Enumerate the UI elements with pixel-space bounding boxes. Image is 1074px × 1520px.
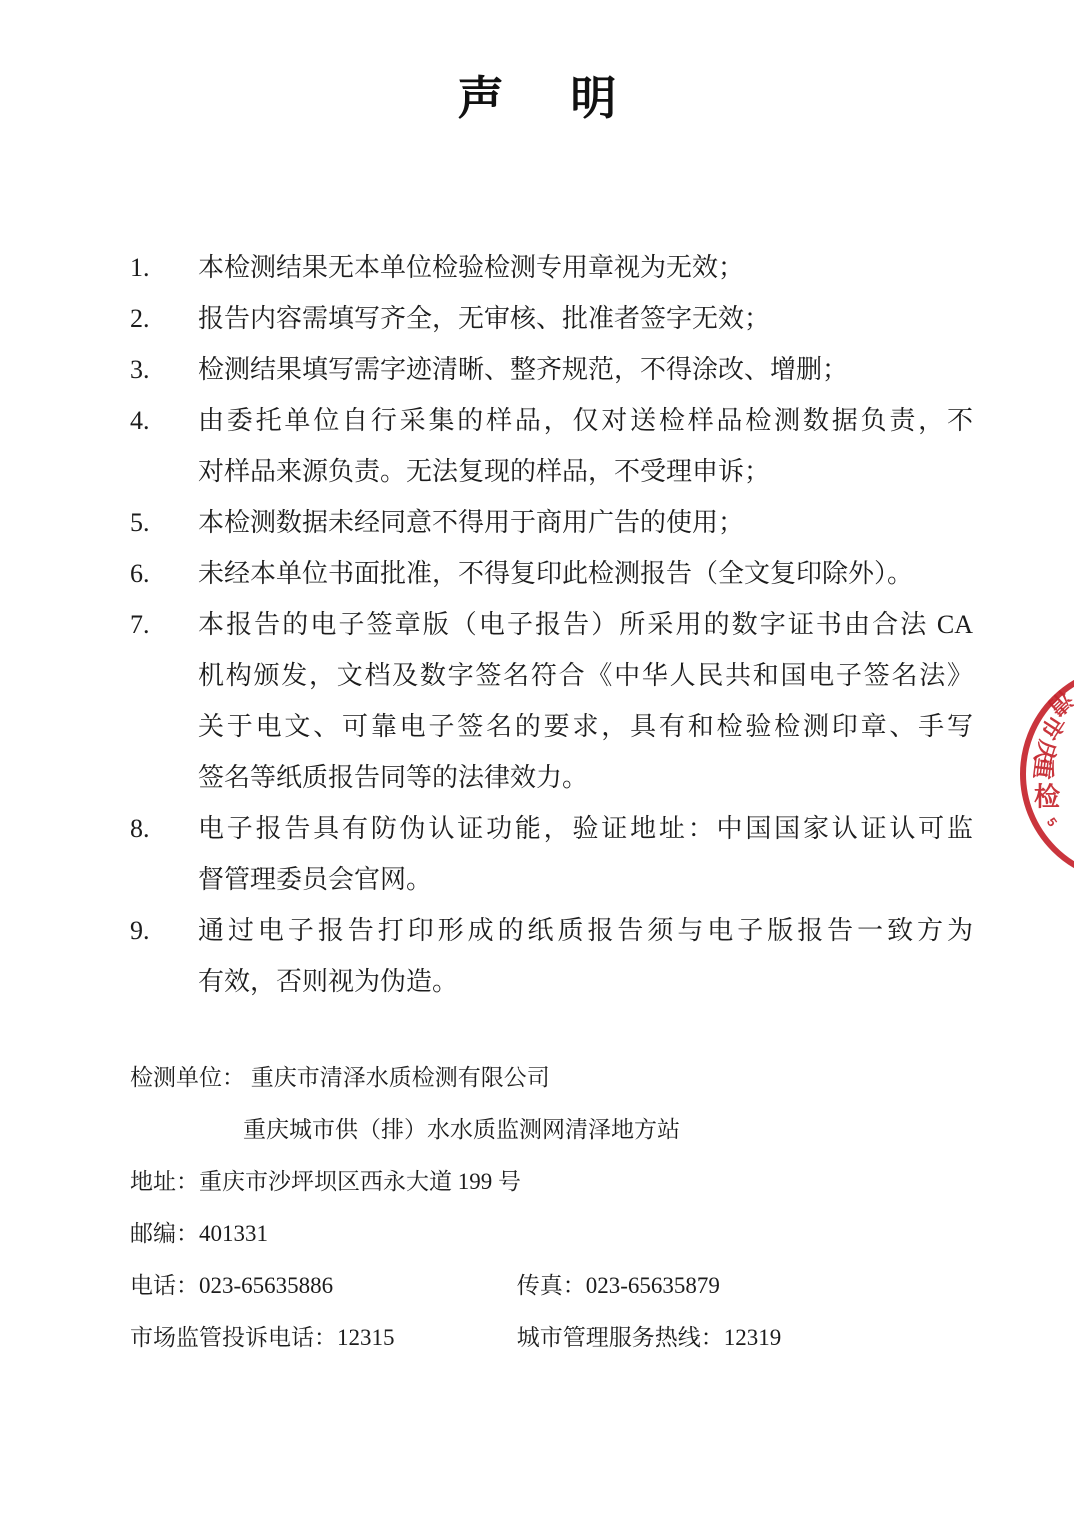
seal-arc-char: 市 <box>1036 711 1068 743</box>
hotlines-row: 市场监管投诉电话：12315 城市管理服务热线：12319 <box>130 1312 990 1364</box>
statement-line: 报告内容需填写齐全，无审核、批准者签字无效； <box>198 293 973 344</box>
statement-number: 7. <box>130 599 198 650</box>
statement-text: 通过电子报告打印形成的纸质报告须与电子版报告一致方为有效，否则视为伪造。 <box>198 905 973 1007</box>
fax-value: 023-65635879 <box>586 1273 720 1298</box>
contact-block: 检测单位： 重庆市清泽水质检测有限公司 重庆城市供（排）水水质监测网清泽地方站 … <box>130 1052 990 1364</box>
phone-label: 电话： <box>130 1273 199 1298</box>
address-label: 地址： <box>130 1169 199 1194</box>
statement-line: 本报告的电子签章版（电子报告）所采用的数字证书由合法 CA <box>198 599 973 650</box>
seal-arc-char: 清 <box>1044 687 1074 720</box>
statement-line: 关于电文、可靠电子签名的要求，具有和检验检测印章、手写 <box>198 701 973 752</box>
phone-fax-row: 电话：023-65635886 传真：023-65635879 <box>130 1260 990 1312</box>
page-title: 声明 <box>0 0 1074 126</box>
statement-text: 电子报告具有防伪认证功能，验证地址：中国国家认证认可监督管理委员会官网。 <box>198 803 973 905</box>
statement-number: 1. <box>130 242 198 293</box>
statement-line: 检测结果填写需字迹清晰、整齐规范，不得涂改、增删； <box>198 344 973 395</box>
statement-text: 本报告的电子签章版（电子报告）所采用的数字证书由合法 CA机构颁发，文档及数字签… <box>198 599 973 803</box>
fax-label: 传真： <box>517 1273 586 1298</box>
statement-text: 未经本单位书面批准，不得复印此检测报告（全文复印除外）。 <box>198 548 973 599</box>
statement-text: 本检测数据未经同意不得用于商用广告的使用； <box>198 497 973 548</box>
official-seal-stamp: 清 市 庆 重 检 5 <box>1014 660 1074 900</box>
address-value: 重庆市沙坪坝区西永大道 199 号 <box>199 1169 521 1194</box>
statement-item-8: 8.电子报告具有防伪认证功能，验证地址：中国国家认证认可监督管理委员会官网。 <box>130 803 973 905</box>
statement-number: 5. <box>130 497 198 548</box>
zip-label: 邮编： <box>130 1221 199 1246</box>
statement-text: 由委托单位自行采集的样品，仅对送检样品检测数据负责，不对样品来源负责。无法复现的… <box>198 395 973 497</box>
statement-number: 3. <box>130 344 198 395</box>
statement-text: 报告内容需填写齐全，无审核、批准者签字无效； <box>198 293 973 344</box>
statement-number: 8. <box>130 803 198 854</box>
seal-arc-char: 重 <box>1030 755 1056 781</box>
statement-item-2: 2.报告内容需填写齐全，无审核、批准者签字无效； <box>130 293 973 344</box>
complaint-value: 12315 <box>337 1325 395 1350</box>
statement-text: 本检测结果无本单位检验检测专用章视为无效； <box>198 242 973 293</box>
testing-unit-name: 重庆市清泽水质检测有限公司 <box>251 1065 550 1090</box>
statement-list: 1.本检测结果无本单位检验检测专用章视为无效；2.报告内容需填写齐全，无审核、批… <box>130 242 973 1007</box>
statement-text: 检测结果填写需字迹清晰、整齐规范，不得涂改、增删； <box>198 344 973 395</box>
statement-line: 由委托单位自行采集的样品，仅对送检样品检测数据负责，不 <box>198 395 973 446</box>
statement-item-4: 4.由委托单位自行采集的样品，仅对送检样品检测数据负责，不对样品来源负责。无法复… <box>130 395 973 497</box>
statement-line: 电子报告具有防伪认证功能，验证地址：中国国家认证认可监 <box>198 803 973 854</box>
testing-unit-station: 重庆城市供（排）水水质监测网清泽地方站 <box>243 1117 680 1142</box>
statement-line: 未经本单位书面批准，不得复印此检测报告（全文复印除外）。 <box>198 548 973 599</box>
statement-line: 对样品来源负责。无法复现的样品，不受理申诉； <box>198 446 973 497</box>
hotline-value: 12319 <box>724 1325 782 1350</box>
phone-value: 023-65635886 <box>199 1273 333 1298</box>
seal-arc-char: 庆 <box>1031 738 1060 767</box>
complaint-label: 市场监管投诉电话： <box>130 1325 337 1350</box>
seal-ring-icon <box>1020 665 1074 883</box>
statement-line: 通过电子报告打印形成的纸质报告须与电子版报告一致方为 <box>198 905 973 956</box>
phone-cell: 电话：023-65635886 <box>130 1260 511 1312</box>
hotline-label: 城市管理服务热线： <box>517 1325 724 1350</box>
zip-row: 邮编：401331 <box>130 1208 990 1260</box>
statement-line: 本检测结果无本单位检验检测专用章视为无效； <box>198 242 973 293</box>
statement-number: 9. <box>130 905 198 956</box>
fax-cell: 传真：023-65635879 <box>517 1273 720 1298</box>
zip-value: 401331 <box>199 1221 268 1246</box>
address-row: 地址：重庆市沙坪坝区西永大道 199 号 <box>130 1156 990 1208</box>
statement-item-3: 3.检测结果填写需字迹清晰、整齐规范，不得涂改、增删； <box>130 344 973 395</box>
testing-unit-station-row: 重庆城市供（排）水水质监测网清泽地方站 <box>130 1104 990 1156</box>
statement-item-6: 6.未经本单位书面批准，不得复印此检测报告（全文复印除外）。 <box>130 548 973 599</box>
statement-number: 4. <box>130 395 198 446</box>
statement-number: 2. <box>130 293 198 344</box>
statement-number: 6. <box>130 548 198 599</box>
statement-item-9: 9.通过电子报告打印形成的纸质报告须与电子版报告一致方为有效，否则视为伪造。 <box>130 905 973 1007</box>
statement-item-7: 7.本报告的电子签章版（电子报告）所采用的数字证书由合法 CA机构颁发，文档及数… <box>130 599 973 803</box>
seal-serial-char: 5 <box>1041 812 1064 831</box>
statement-item-1: 1.本检测结果无本单位检验检测专用章视为无效； <box>130 242 973 293</box>
statement-line: 签名等纸质报告同等的法律效力。 <box>198 752 973 803</box>
complaint-cell: 市场监管投诉电话：12315 <box>130 1312 511 1364</box>
statement-line: 本检测数据未经同意不得用于商用广告的使用； <box>198 497 973 548</box>
testing-unit-label: 检测单位： <box>130 1065 245 1090</box>
statement-line: 督管理委员会官网。 <box>198 854 973 905</box>
declaration-page: 声明 1.本检测结果无本单位检验检测专用章视为无效；2.报告内容需填写齐全，无审… <box>0 0 1074 1520</box>
statement-line: 有效，否则视为伪造。 <box>198 956 973 1007</box>
hotline-cell: 城市管理服务热线：12319 <box>517 1325 782 1350</box>
testing-unit-row: 检测单位： 重庆市清泽水质检测有限公司 <box>130 1052 990 1104</box>
statement-item-5: 5.本检测数据未经同意不得用于商用广告的使用； <box>130 497 973 548</box>
seal-center-char: 检 <box>1034 786 1060 809</box>
statement-line: 机构颁发，文档及数字签名符合《中华人民共和国电子签名法》 <box>198 650 973 701</box>
